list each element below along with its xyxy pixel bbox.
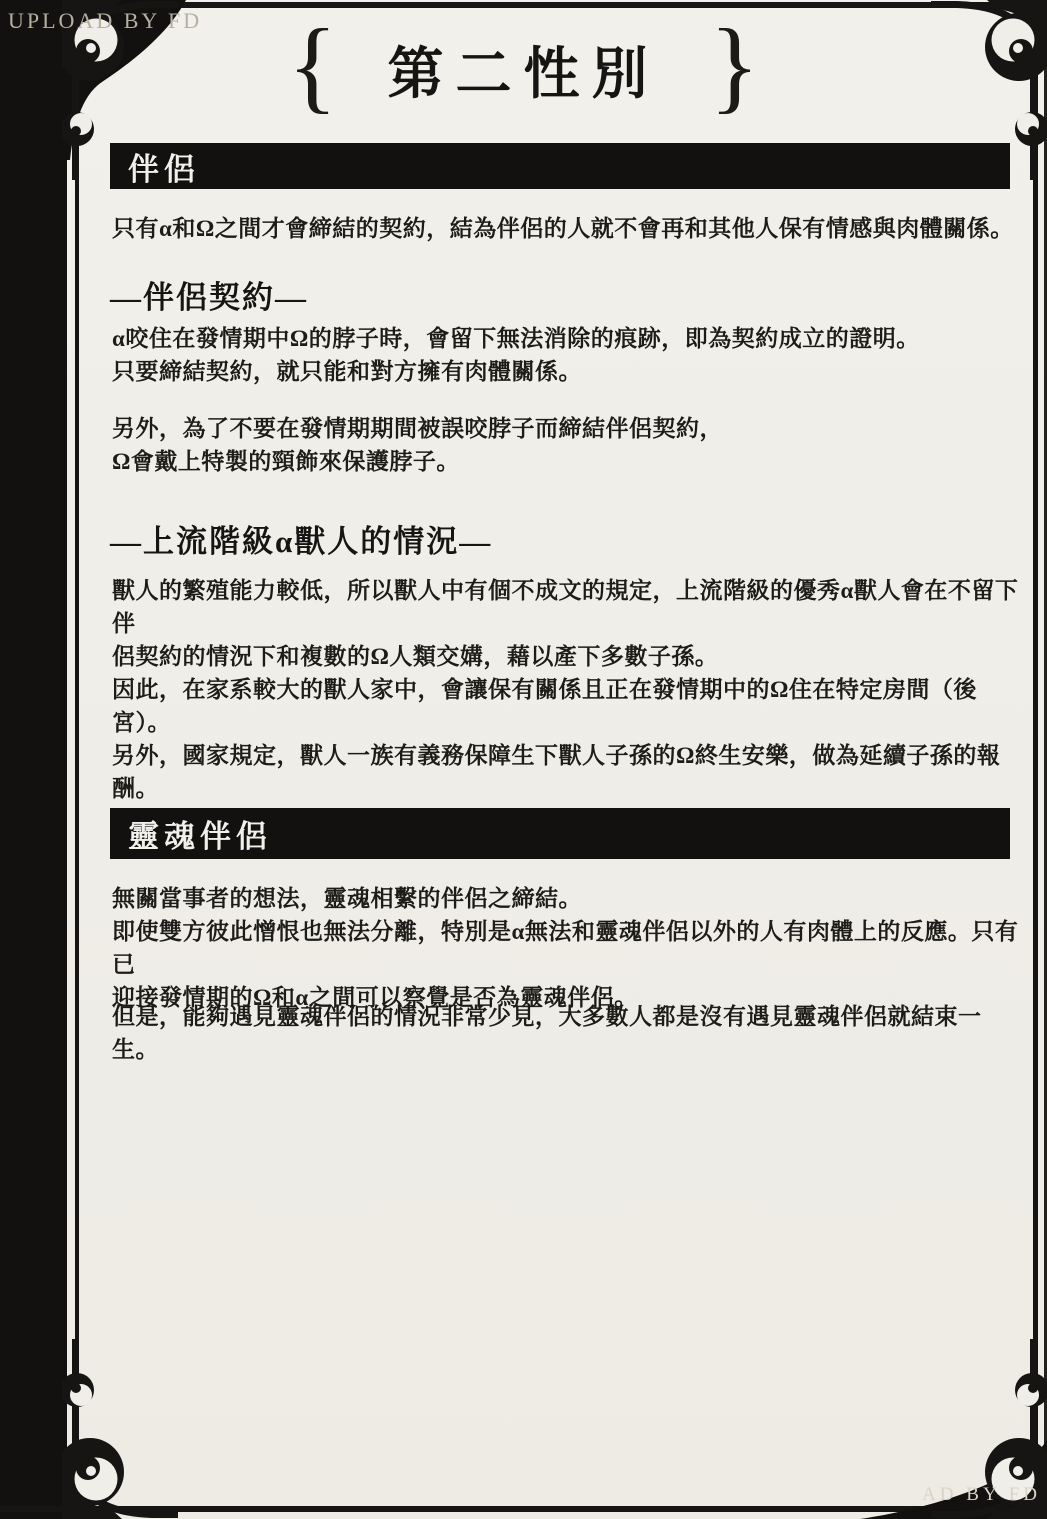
paragraph-soulmate-2: 但是，能夠遇見靈魂伴侶的情況非常少見，大多數人都是沒有遇見靈魂伴侶就結束一生。	[112, 1000, 1027, 1066]
subsection-heading-pair-contract: —伴侶契約—	[110, 272, 308, 317]
paragraph-soulmate-1: 無關當事者的想法，靈魂相繫的伴侶之締結。 即使雙方彼此憎恨也無法分離，特別是α無…	[112, 882, 1027, 1014]
section-header-bar: 靈魂伴侶	[110, 808, 1010, 859]
frame-border-right	[1033, 0, 1038, 1519]
section-header-label: 伴侶	[128, 144, 200, 189]
section-header-bar: 伴侶	[110, 143, 1010, 189]
section-header-label: 靈魂伴侶	[128, 811, 272, 856]
title-block: { 第二性別 }	[0, 30, 1047, 110]
paragraph-intro: 只有α和Ω之間才會締結的契約，結為伴侶的人就不會再和其他人保有情感與肉體關係。	[112, 212, 1027, 245]
paragraph-contract-1: α咬住在發情期中Ω的脖子時，會留下無法消除的痕跡，即為契約成立的證明。 只要締結…	[112, 322, 1027, 388]
paragraph-contract-2: 另外，為了不要在發情期期間被誤咬脖子而締結伴侶契約， Ω會戴上特製的頸飾來保護脖…	[112, 412, 1027, 478]
scan-left-black-edge	[0, 0, 67, 1519]
subsection-heading-upper-class: —上流階級α獸人的情況—	[110, 516, 492, 561]
corner-swirl-bottom-left-icon	[62, 1339, 178, 1519]
scanned-book-page: UPLOAD BY FD AD BY FD { 第二性別 } 伴侶 只有α和Ω之…	[0, 0, 1047, 1519]
paragraph-upper-class: 獸人的繁殖能力較低，所以獸人中有個不成文的規定，上流階級的優秀α獸人會在不留下伴…	[112, 574, 1027, 805]
frame-border-left	[75, 0, 79, 1519]
watermark-bottom-right: AD BY FD	[922, 1484, 1041, 1506]
page-title: 第二性別	[388, 30, 660, 110]
